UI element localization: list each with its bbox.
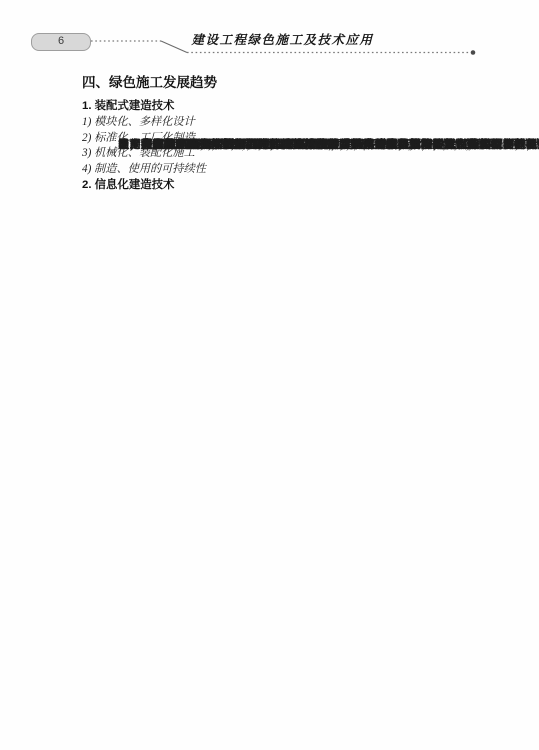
- page-body: 施工，各分部工程的施工方案的选择比较，应既满足工程施工需要又符合绿色施工原则。利…: [59, 69, 525, 194]
- header-end-dot: [471, 50, 476, 55]
- text-line: 信息化建造技术是利用计算机、网络和数据库等信息手段，对工程项目施工图设计和施: [118, 138, 539, 154]
- subsub-heading: 1) 模块化、多样化设计: [59, 115, 525, 131]
- page-header: 6 建设工程绿色施工及技术应用: [0, 0, 539, 62]
- book-page: 6 建设工程绿色施工及技术应用 施工，各分部工程的施工方案的选择比较，应既满足工…: [0, 0, 539, 750]
- page-number-badge: 6: [31, 33, 91, 51]
- section-heading: 四、绿色施工发展趋势: [59, 74, 525, 92]
- running-head-title: 建设工程绿色施工及技术应用: [175, 30, 390, 48]
- subsection-heading: 1. 装配式建造技术: [59, 99, 525, 115]
- subsection-heading: 2. 信息化建造技术: [59, 178, 525, 194]
- subsub-heading: 4) 制造、使用的可持续性: [59, 162, 525, 178]
